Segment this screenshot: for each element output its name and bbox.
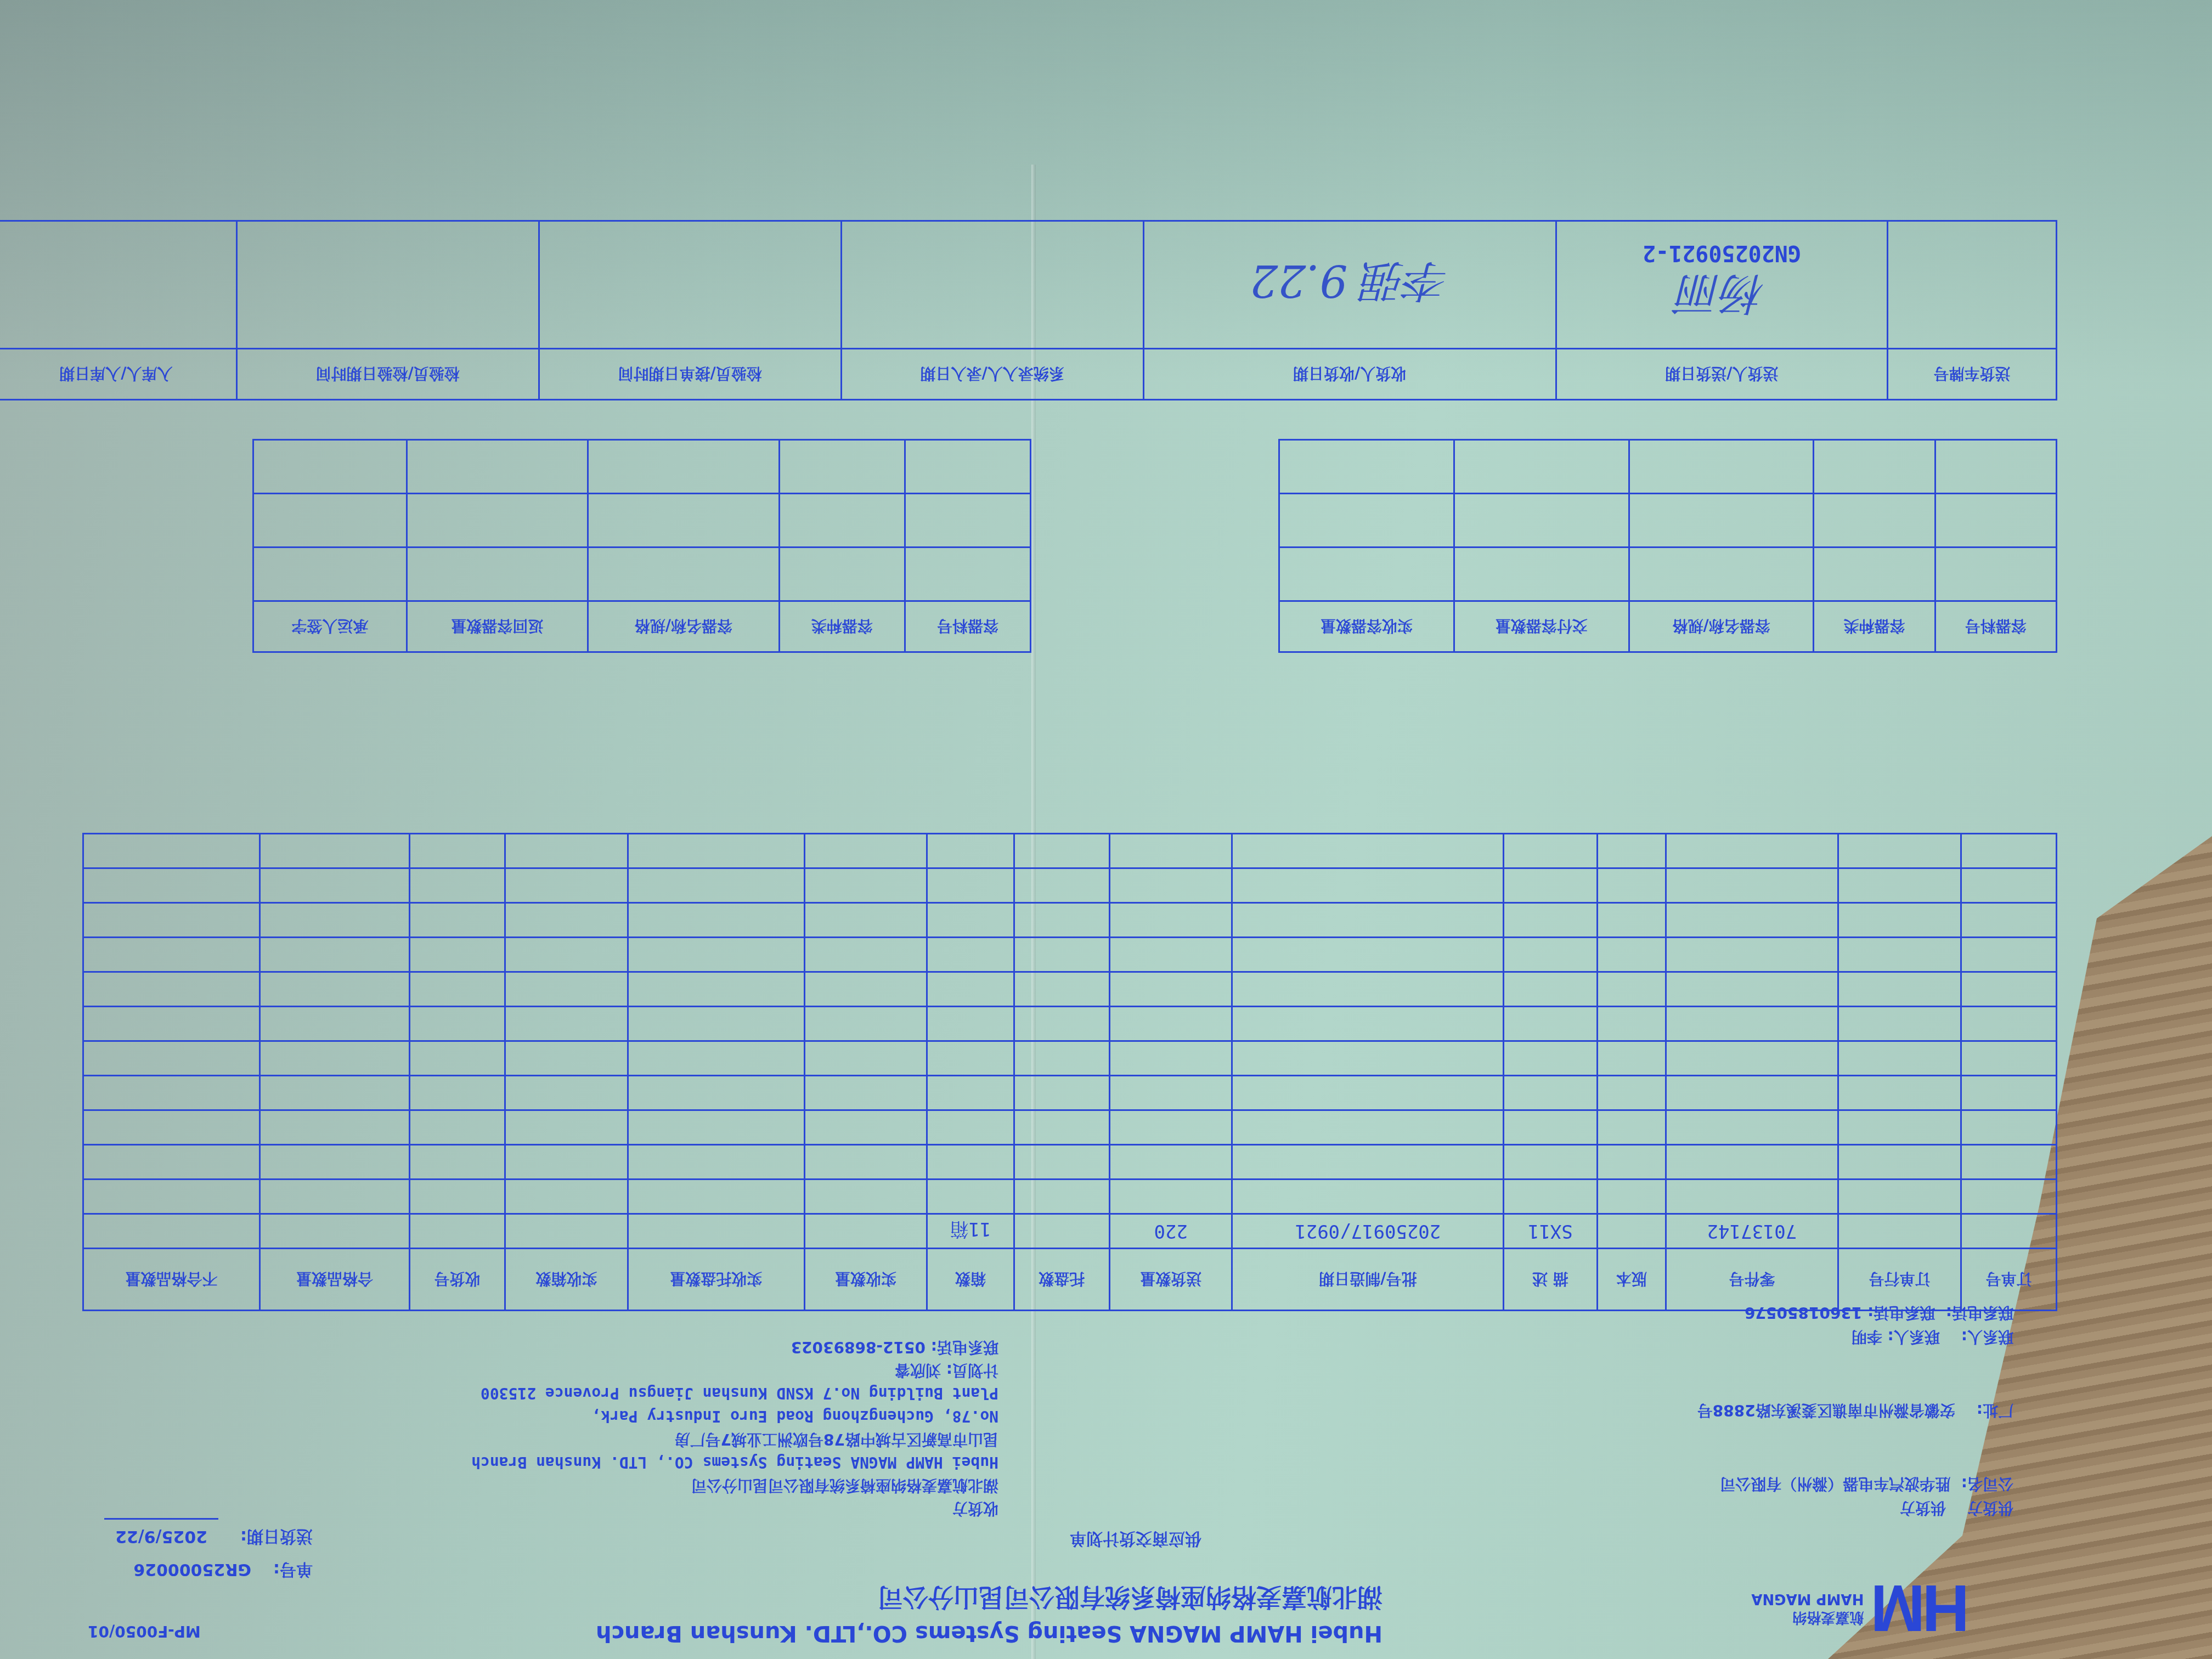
col-delivery-qty: 送货数量 bbox=[1109, 1249, 1232, 1311]
cell bbox=[83, 1214, 260, 1249]
supplier-heading: 供货方 bbox=[1967, 1499, 2013, 1517]
col-inspector-order-time: 检验员/接单日期时间 bbox=[539, 349, 841, 400]
entry-person-field[interactable] bbox=[841, 221, 1143, 349]
delivered-container-table: 容器料号 容器种类 容器名称/规格 交付容器数量 实收容器数量 bbox=[1278, 439, 2057, 653]
delivery-date-label: 送货日期: bbox=[240, 1518, 313, 1553]
supplier-company: 胜华波汽车电器（滁州）有限公司 bbox=[1720, 1475, 1950, 1493]
returned-container-table: 容器料号 容器种类 容器名称/规格 返回容器数量 承运人签字 bbox=[252, 439, 1031, 653]
table-header-row: 容器料号 容器种类 容器名称/规格 返回容器数量 承运人签字 bbox=[253, 601, 1031, 652]
table-row bbox=[253, 548, 1031, 601]
order-no-label: 单号: bbox=[273, 1553, 313, 1585]
table-row bbox=[83, 972, 2057, 1007]
col-received-qty: 实收数量 bbox=[804, 1249, 927, 1311]
col-defective-qty: 不合格品数量 bbox=[83, 1249, 260, 1311]
col-lot-date: 批号/制造日期 bbox=[1232, 1249, 1504, 1311]
delivery-date: 2025/9/22 bbox=[104, 1518, 218, 1553]
table-row bbox=[83, 1041, 2057, 1076]
col-container-type: 容器种类 bbox=[1814, 601, 1935, 652]
delivery-items-table: 订单号 订单行号 零件号 版本 描 述 批号/制造日期 送货数量 托盘数 箱数 … bbox=[82, 833, 2057, 1311]
cell bbox=[1838, 1214, 1961, 1249]
col-delivered-containers: 交付容器数量 bbox=[1454, 601, 1629, 652]
signature-row: 杨丽 GN20250921-2 李强 9.22 bbox=[0, 221, 2057, 349]
cell bbox=[628, 1214, 804, 1249]
receiver-phone: 联系电话: 0512-86893023 bbox=[471, 1335, 998, 1358]
delivery-note-document: HM 航嘉麦格纳 HAMP MAGNA Hubei HAMP MAGNA Sea… bbox=[22, 165, 2096, 1657]
table-row bbox=[83, 868, 2057, 903]
company-name-en: Hubei HAMP MAGNA Seating Systems CO.,LTD… bbox=[596, 1621, 1383, 1646]
cell bbox=[1597, 1214, 1666, 1249]
table-row bbox=[83, 1145, 2057, 1180]
col-received-boxes: 实收箱数 bbox=[505, 1249, 628, 1311]
receiver-address-cn: 昆山市高新区古城中路78号欧洲工业城7号厂房 bbox=[471, 1427, 998, 1451]
col-entry-person-date: 系统录入人/录入日期 bbox=[841, 349, 1143, 400]
receiver-company-cn: 湖北航嘉麦格纳座椅系统有限公司昆山分公司 bbox=[471, 1474, 998, 1497]
table-row bbox=[83, 938, 2057, 972]
signature-table: 送货车牌号 送货人/送货日期 收货人/收货日期 系统录入人/录入日期 检验员/接… bbox=[0, 220, 2057, 400]
company-logo: HM 航嘉麦格纳 HAMP MAGNA bbox=[1751, 1570, 1970, 1646]
table-row bbox=[83, 1110, 2057, 1145]
cell bbox=[260, 1214, 410, 1249]
receiver-address-en-1: No.78, Guchengzhong Road Euro Industry P… bbox=[471, 1404, 998, 1427]
table-row bbox=[83, 903, 2057, 938]
cell bbox=[505, 1214, 628, 1249]
col-order-line: 订单行号 bbox=[1838, 1249, 1961, 1311]
receiver-handwritten-signature: 李强 9.22 bbox=[1250, 256, 1449, 307]
col-container-no: 容器料号 bbox=[1935, 601, 2056, 652]
table-row bbox=[83, 1007, 2057, 1041]
col-inspector-check-time: 检验员/检验日期时间 bbox=[236, 349, 539, 400]
supplier-contact-label: 联系人: bbox=[1961, 1328, 2013, 1346]
table-row bbox=[83, 834, 2057, 868]
cell-lot-date: 20250917/0921 bbox=[1232, 1214, 1504, 1249]
col-carrier-signature: 承运人签字 bbox=[253, 601, 407, 652]
sender-signature-field[interactable]: 杨丽 GN20250921-2 bbox=[1556, 221, 1887, 349]
table-row bbox=[83, 1180, 2057, 1214]
logo-en: HAMP MAGNA bbox=[1751, 1589, 1864, 1608]
col-description: 描 述 bbox=[1504, 1249, 1598, 1311]
table-row bbox=[1279, 548, 2057, 601]
col-version: 版本 bbox=[1597, 1249, 1666, 1311]
supplier-address-label: 厂址: bbox=[1977, 1401, 2013, 1419]
col-container-no: 容器料号 bbox=[905, 601, 1030, 652]
cell bbox=[1961, 1214, 2056, 1249]
supplier-contact: 联系人: 李明 bbox=[1852, 1328, 1940, 1346]
col-receipt-no: 收货号 bbox=[409, 1249, 505, 1311]
company-name-cn: 湖北航嘉麦格纳座椅系统有限公司昆山分公司 bbox=[596, 1581, 1383, 1617]
table-row: 70137142 SX11 20250917/0921 220 11箱 bbox=[83, 1214, 2057, 1249]
table-header-row: 送货车牌号 送货人/送货日期 收货人/收货日期 系统录入人/录入日期 检验员/接… bbox=[0, 349, 2057, 400]
receiver-address-en-2: Plant Building No.7 KSND Kunshan Jiangsu… bbox=[471, 1381, 998, 1404]
vehicle-plate-field[interactable] bbox=[1887, 221, 2056, 349]
inspector-order-field[interactable] bbox=[539, 221, 841, 349]
col-pallets: 托盘数 bbox=[1014, 1249, 1109, 1311]
supplier-company-label: 公司名: bbox=[1961, 1475, 2013, 1493]
table-header-row: 容器料号 容器种类 容器名称/规格 交付容器数量 实收容器数量 bbox=[1279, 601, 2057, 652]
cell-delivery-qty: 220 bbox=[1109, 1214, 1232, 1249]
col-warehouse-person-date: 入库人/入库日期 bbox=[0, 349, 236, 400]
inspector-check-field[interactable] bbox=[236, 221, 539, 349]
col-vehicle-plate: 送货车牌号 bbox=[1887, 349, 2056, 400]
logo-cn: 航嘉麦格纳 bbox=[1751, 1608, 1864, 1627]
receiver-company-en: Hubei HAMP MAGNA Seating Systems CO., LT… bbox=[471, 1451, 998, 1474]
cell bbox=[409, 1214, 505, 1249]
supplier-heading-2: 供货方 bbox=[1900, 1499, 1946, 1517]
col-received-containers: 实收容器数量 bbox=[1279, 601, 1454, 652]
form-number: MP-F0050/01 bbox=[88, 1622, 201, 1640]
table-row bbox=[83, 1076, 2057, 1110]
cell-description: SX11 bbox=[1504, 1214, 1598, 1249]
col-container-spec: 容器名称/规格 bbox=[588, 601, 779, 652]
col-boxes: 箱数 bbox=[927, 1249, 1014, 1311]
document-subtitle: 供应商交货计划单 bbox=[1070, 1528, 1201, 1553]
warehouse-person-field[interactable] bbox=[0, 221, 236, 349]
col-returned-containers: 返回容器数量 bbox=[407, 601, 588, 652]
col-qualified-qty: 合格品数量 bbox=[260, 1249, 410, 1311]
table-header-row: 订单号 订单行号 零件号 版本 描 述 批号/制造日期 送货数量 托盘数 箱数 … bbox=[83, 1249, 2057, 1311]
receiver-heading: 收货方 bbox=[471, 1497, 998, 1520]
cell bbox=[1014, 1214, 1109, 1249]
receiver-info: 收货方 湖北航嘉麦格纳座椅系统有限公司昆山分公司 Hubei HAMP MAGN… bbox=[471, 1335, 998, 1520]
receiver-signature-field[interactable]: 李强 9.22 bbox=[1143, 221, 1556, 349]
company-header: Hubei HAMP MAGNA Seating Systems CO.,LTD… bbox=[596, 1581, 1383, 1646]
supplier-info: 供货方 供货方 公司名: 胜华波汽车电器（滁州）有限公司 厂址: 安徽省滁州市南… bbox=[1697, 1300, 2013, 1520]
hm-logo-mark: HM bbox=[1874, 1570, 1970, 1646]
col-receiver-date: 收货人/收货日期 bbox=[1143, 349, 1556, 400]
col-container-spec: 容器名称/规格 bbox=[1629, 601, 1814, 652]
col-container-type: 容器种类 bbox=[779, 601, 905, 652]
cell bbox=[804, 1214, 927, 1249]
table-row bbox=[253, 440, 1031, 494]
supplier-address: 安徽省滁州市南谯区菱溪东路2888号 bbox=[1697, 1401, 1955, 1419]
col-sender-date: 送货人/送货日期 bbox=[1556, 349, 1887, 400]
col-received-pallets: 实收托盘数量 bbox=[628, 1249, 804, 1311]
cell-boxes: 11箱 bbox=[927, 1214, 1014, 1249]
col-part-no: 零件号 bbox=[1666, 1249, 1838, 1311]
receiver-planner: 计划员: 刘欣睿 bbox=[471, 1358, 998, 1381]
order-no: GR25000026 bbox=[133, 1553, 251, 1585]
table-row bbox=[1279, 494, 2057, 548]
table-row bbox=[253, 494, 1031, 548]
cell-part-no: 70137142 bbox=[1666, 1214, 1838, 1249]
col-order-no: 订单号 bbox=[1961, 1249, 2056, 1311]
table-row bbox=[1279, 440, 2057, 494]
document-meta: 单号:GR25000026 送货日期:2025/9/22 bbox=[104, 1518, 313, 1585]
sender-handwritten-signature: 杨丽 bbox=[1560, 266, 1883, 329]
sender-ref-no: GN20250921-2 bbox=[1560, 241, 1883, 266]
